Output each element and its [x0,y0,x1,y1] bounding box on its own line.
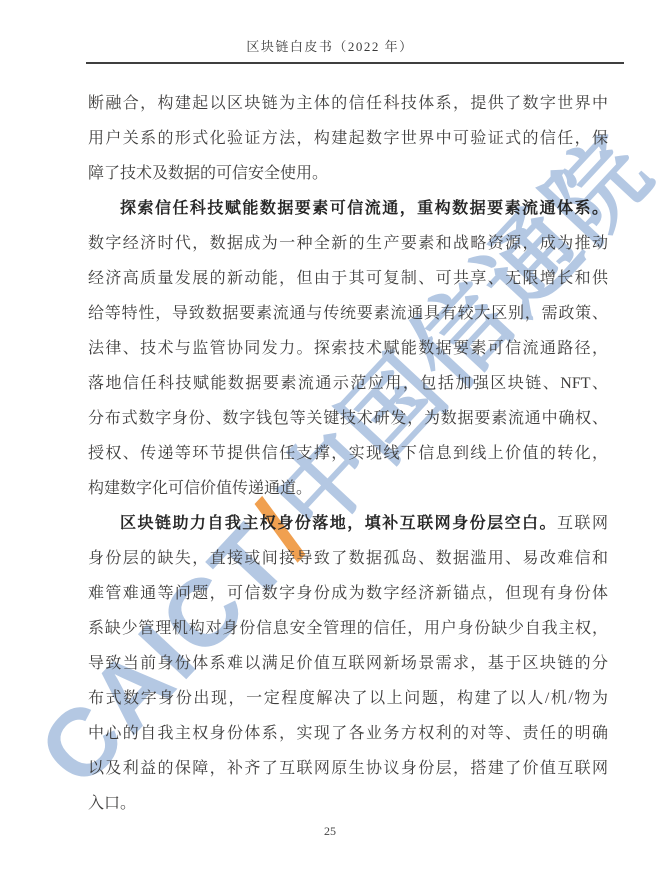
body-line-text: 分布式数字身份、数字钱包等关键技术研发，为数据要素流通中确权、 [88,410,608,427]
text-line: 给等特性，导致数据要素流通与传统要素流通具有较大区别，需政策、 [88,296,608,331]
text-line: 区块链助力自我主权身份落地，填补互联网身份层空白。互联网 [88,506,608,541]
body-line-text: 入口。 [88,795,136,812]
body-line-text: 以及利益的保障，补齐了互联网原生协议身份层，搭建了价值互联网 [88,760,608,777]
body-line-text: 布式数字身份出现，一定程度解决了以上问题，构建了以人/机/物为 [88,690,608,707]
body-line-text: 断融合，构建起以区块链为主体的信任科技体系，提供了数字世界中 [88,95,608,112]
body-line-text: 授权、传递等环节提供信任支撑，实现线下信息到线上价值的转化， [88,445,608,462]
text-line: 系缺少管理机构对身份信息安全管理的信任，用户身份缺少自我主权， [88,611,608,646]
body-line-text: 障了技术及数据的可信安全使用。 [88,165,328,182]
text-line: 中心的自我主权身份体系，实现了各业务方权利的对等、责任的明确 [88,716,608,751]
text-line: 导致当前身份体系难以满足价值互联网新场景需求，基于区块链的分 [88,646,608,681]
body-line-text: 系缺少管理机构对身份信息安全管理的信任，用户身份缺少自我主权， [88,620,608,637]
body-line-text: 构建数字化可信价值传递通道。 [88,480,312,497]
bold-lead-text: 探索信任科技赋能数据要素可信流通，重构数据要素流通体系。 [120,200,608,217]
text-line: 难管难通等问题，可信数字身份成为数字经济新锚点，但现有身份体 [88,576,608,611]
header-title: 区块链白皮书（2022 年） [0,36,660,55]
text-line: 法律、技术与监管协同发力。探索技术赋能数据要素可信流通路径， [88,331,608,366]
text-line: 经济高质量发展的新动能，但由于其可复制、可共享、无限增长和供 [88,261,608,296]
text-line: 分布式数字身份、数字钱包等关键技术研发，为数据要素流通中确权、 [88,401,608,436]
text-line: 构建数字化可信价值传递通道。 [88,471,608,506]
body-line-text: 身份层的缺失，直接或间接导致了数据孤岛、数据滥用、易改难信和 [88,550,608,567]
body-line-text: 互联网 [557,515,608,532]
bold-lead-text: 区块链助力自我主权身份落地，填补互联网身份层空白。 [120,515,557,532]
text-line: 身份层的缺失，直接或间接导致了数据孤岛、数据滥用、易改难信和 [88,541,608,576]
body-line-text: 中心的自我主权身份体系，实现了各业务方权利的对等、责任的明确 [88,725,608,742]
text-line: 数字经济时代，数据成为一种全新的生产要素和战略资源，成为推动 [88,226,608,261]
body-line-text: 落地信任科技赋能数据要素流通示范应用，包括加强区块链、NFT、 [88,375,608,392]
body-line-text: 法律、技术与监管协同发力。探索技术赋能数据要素可信流通路径， [88,340,608,357]
text-line: 障了技术及数据的可信安全使用。 [88,156,608,191]
body-line-text: 用户关系的形式化验证方法，构建起数字世界中可验证式的信任，保 [88,130,608,147]
page-number: 25 [0,824,660,839]
text-line: 断融合，构建起以区块链为主体的信任科技体系，提供了数字世界中 [88,86,608,121]
body-line-text: 给等特性，导致数据要素流通与传统要素流通具有较大区别，需政策、 [88,305,608,322]
text-line: 授权、传递等环节提供信任支撑，实现线下信息到线上价值的转化， [88,436,608,471]
text-line: 布式数字身份出现，一定程度解决了以上问题，构建了以人/机/物为 [88,681,608,716]
text-line: 以及利益的保障，补齐了互联网原生协议身份层，搭建了价值互联网 [88,751,608,786]
body-line-text: 导致当前身份体系难以满足价值互联网新场景需求，基于区块链的分 [88,655,608,672]
body-line-text: 经济高质量发展的新动能，但由于其可复制、可共享、无限增长和供 [88,270,608,287]
text-line: 落地信任科技赋能数据要素流通示范应用，包括加强区块链、NFT、 [88,366,608,401]
document-page: CAICT/中国信通院 区块链白皮书（2022 年） 断融合，构建起以区块链为主… [0,0,660,896]
text-line: 入口。 [88,786,608,821]
body-line-text: 难管难通等问题，可信数字身份成为数字经济新锚点，但现有身份体 [88,585,608,602]
text-line: 用户关系的形式化验证方法，构建起数字世界中可验证式的信任，保 [88,121,608,156]
text-line: 探索信任科技赋能数据要素可信流通，重构数据要素流通体系。 [88,191,608,226]
body-line-text: 数字经济时代，数据成为一种全新的生产要素和战略资源，成为推动 [88,235,608,252]
header-rule [86,62,624,64]
document-body-text: 断融合，构建起以区块链为主体的信任科技体系，提供了数字世界中用户关系的形式化验证… [88,86,608,821]
